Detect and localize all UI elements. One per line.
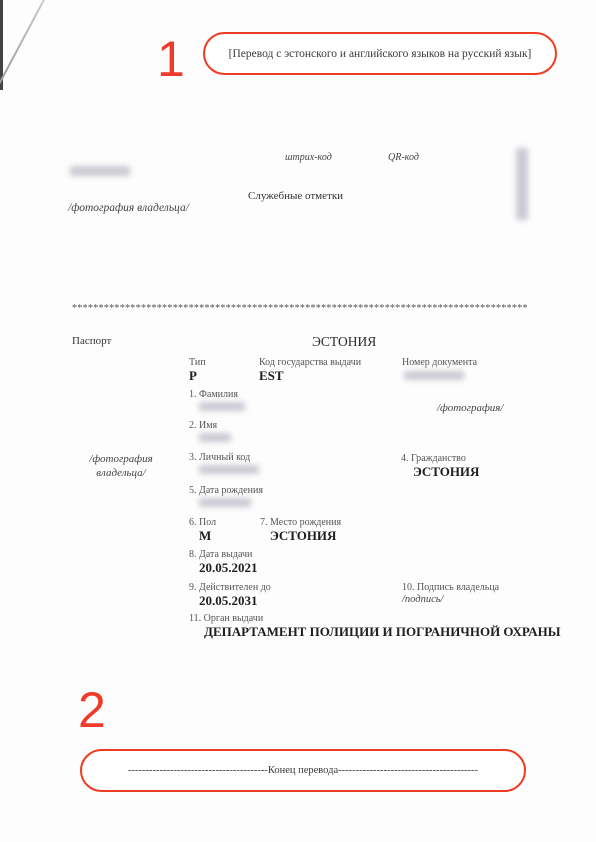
end-of-translation-highlight: ----------------------------------------… — [80, 749, 526, 792]
expiry-value: 20.05.2031 — [199, 593, 258, 609]
birthplace-value: ЭСТОНИЯ — [270, 528, 336, 544]
redacted-given-name — [199, 433, 231, 442]
personal-code-label: 3. Личный код — [189, 452, 250, 463]
annotation-marker-2: 2 — [78, 685, 106, 735]
owner-photo-placeholder: /фотография владельца/ — [68, 202, 189, 214]
authority-label: 11. Орган выдачи — [189, 613, 263, 624]
owner-photo-left-line1: /фотография — [85, 452, 157, 466]
expiry-label: 9. Действителен до — [189, 582, 271, 593]
owner-photo-left-line2: владельца/ — [85, 466, 157, 480]
translation-note-highlight: [Перевод с эстонского и английского язык… — [203, 32, 557, 75]
citizenship-value: ЭСТОНИЯ — [413, 464, 479, 480]
owner-photo-left: /фотография владельца/ — [85, 452, 157, 480]
redacted-date-of-birth — [199, 498, 251, 507]
issuing-state-value: EST — [259, 368, 284, 384]
given-name-label: 2. Имя — [189, 420, 217, 431]
type-value: P — [189, 368, 197, 384]
redacted-vertical-code — [516, 148, 528, 220]
document-number-label: Номер документа — [402, 357, 477, 368]
photo-right-placeholder: /фотография/ — [437, 402, 503, 414]
type-label: Тип — [189, 357, 206, 368]
document-type-label: Паспорт — [72, 335, 111, 347]
sex-value: M — [199, 528, 211, 544]
issue-date-label: 8. Дата выдачи — [189, 549, 252, 560]
birthplace-label: 7. Место рождения — [260, 517, 341, 528]
redacted-document-number — [404, 371, 464, 380]
date-of-birth-label: 5. Дата рождения — [189, 485, 263, 496]
redacted-field — [70, 166, 130, 176]
separator-line: ****************************************… — [72, 303, 534, 314]
signature-label: 10. Подпись владельца — [402, 582, 499, 593]
redacted-surname — [199, 402, 245, 411]
page-fold-line — [0, 0, 50, 88]
redacted-personal-code — [199, 465, 259, 474]
barcode-label: штрих-код — [285, 152, 332, 163]
issuing-state-label: Код государства выдачи — [259, 357, 361, 368]
end-of-translation: ----------------------------------------… — [128, 765, 478, 776]
citizenship-label: 4. Гражданство — [401, 453, 466, 464]
qr-label: QR-код — [388, 152, 419, 163]
annotation-marker-1: 1 — [157, 34, 185, 84]
authority-value: ДЕПАРТАМЕНТ ПОЛИЦИИ И ПОГРАНИЧНОЙ ОХРАНЫ — [204, 624, 560, 640]
country-heading: ЭСТОНИЯ — [312, 334, 376, 350]
translation-note: [Перевод с эстонского и английского язык… — [229, 48, 532, 60]
official-marks-label: Служебные отметки — [248, 190, 343, 202]
surname-label: 1. Фамилия — [189, 389, 238, 400]
sex-label: 6. Пол — [189, 517, 216, 528]
issue-date-value: 20.05.2021 — [199, 560, 258, 576]
signature-value: /подпись/ — [402, 594, 443, 605]
